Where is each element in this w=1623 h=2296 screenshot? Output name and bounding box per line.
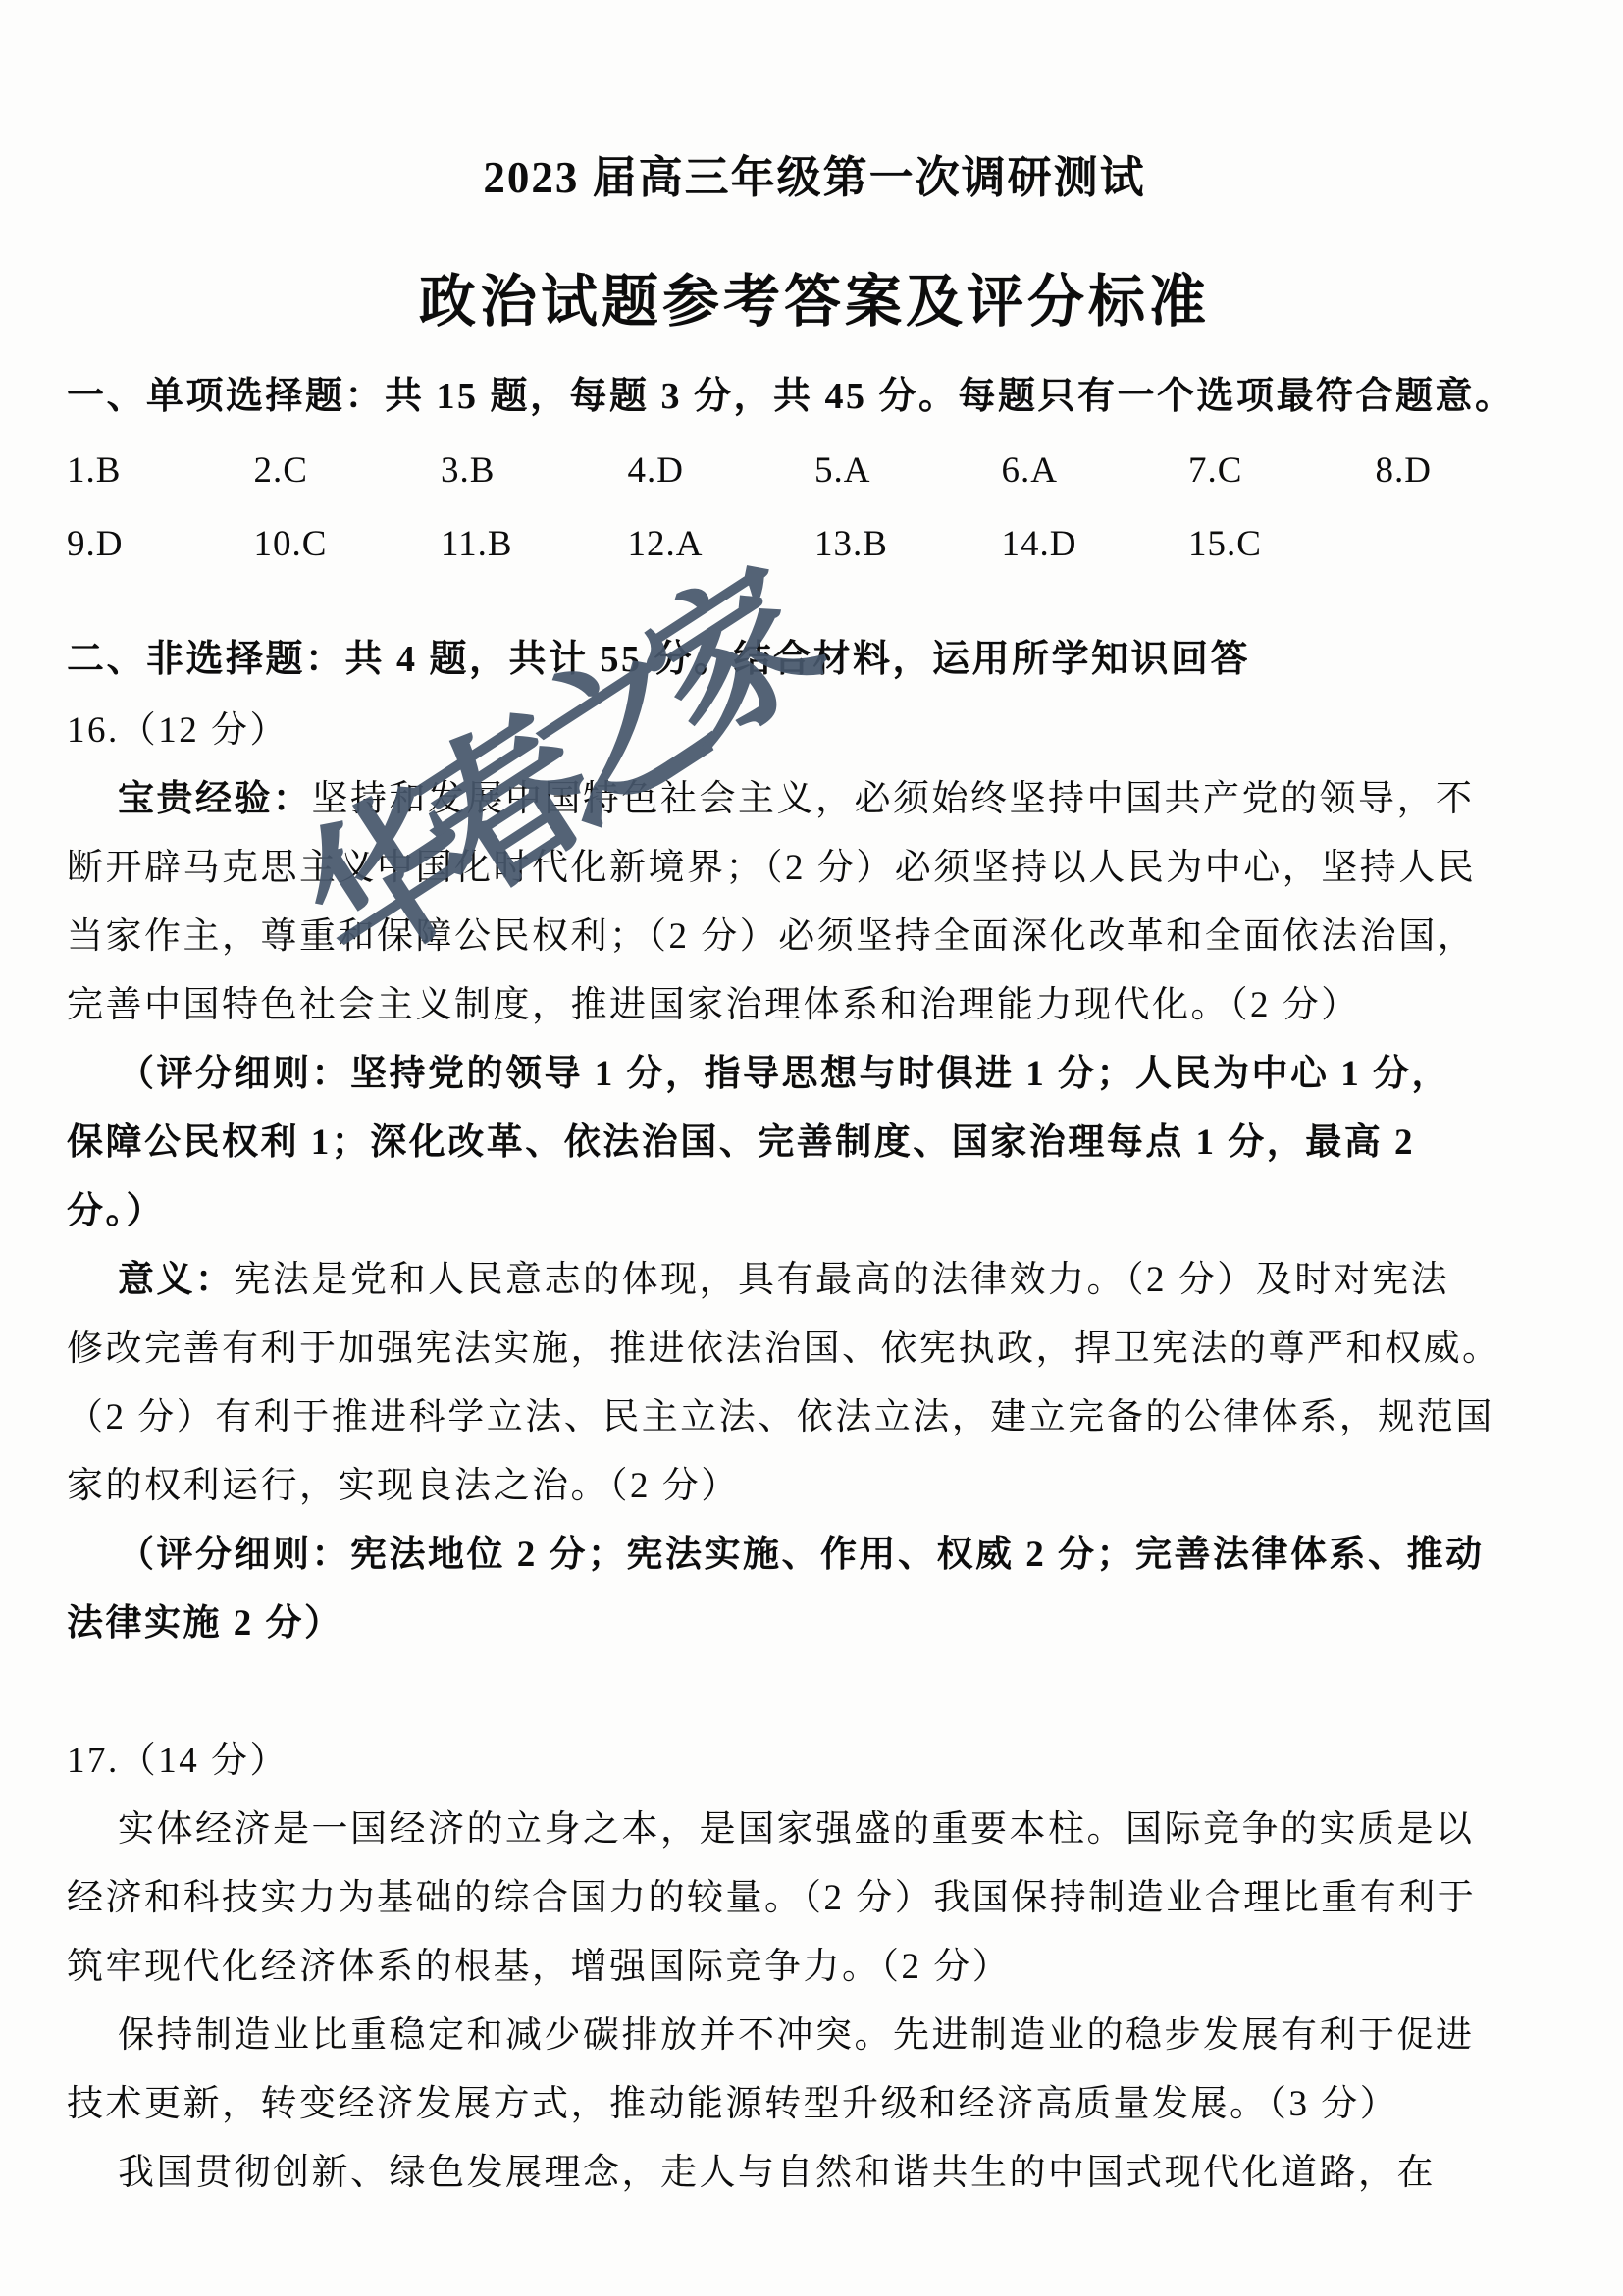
q17-para2-line: 保持制造业比重稳定和减少碳排放并不冲突。先进制造业的稳步发展有利于促进 <box>67 2002 1562 2070</box>
q16-experience-line: 宝贵经验：坚持和发展中国特色社会主义，必须始终坚持中国共产党的领导，不 <box>67 765 1562 834</box>
q16-meaning-lead: 意义： <box>118 1260 235 1300</box>
section1-heading: 一、单项选择题：共 15 题，每题 3 分，共 45 分。每题只有一个选项最符合… <box>67 370 1562 424</box>
answer-item: 13.B <box>814 520 1002 569</box>
answer-item: 12.A <box>628 520 815 569</box>
answer-item: 9.D <box>67 520 254 569</box>
answer-item: 2.C <box>254 446 442 496</box>
document-page: 华春之家 2023 届高三年级第一次调研测试 政治试题参考答案及评分标准 一、单… <box>0 0 1623 2296</box>
q17-para3-line: 我国贯彻创新、绿色发展理念，走人与自然和谐共生的中国式现代化道路，在 <box>67 2139 1562 2208</box>
answer-item: 1.B <box>67 446 254 496</box>
q16-experience-line: 断开辟马克思主义中国化时代化新境界；（2 分）必须坚持以人民为中心，坚持人民 <box>67 834 1562 903</box>
answer-item-empty <box>1376 520 1563 569</box>
answer-item: 5.A <box>814 446 1002 496</box>
q16-experience-line: 当家作主，尊重和保障公民权利；（2 分）必须坚持全面深化改革和全面依法治国， <box>67 903 1562 971</box>
q16-rubric2-line: 法律实施 2 分） <box>67 1590 1562 1658</box>
q17-para1-line: 经济和科技实力为基础的综合国力的较量。（2 分）我国保持制造业合理比重有利于 <box>67 1864 1562 1933</box>
q16-meaning-line: （2 分）有利于推进科学立法、民主立法、依法立法，建立完备的公律体系，规范国 <box>67 1383 1562 1452</box>
q16-rubric1-line: （评分细则：坚持党的领导 1 分，指导思想与时俱进 1 分；人民为中心 1 分， <box>67 1040 1562 1109</box>
q16-meaning-text: 宪法是党和人民意志的体现，具有最高的法律效力。（2 分）及时对宪法 <box>235 1260 1450 1300</box>
q16-experience-line: 完善中国特色社会主义制度，推进国家治理体系和治理能力现代化。（2 分） <box>67 971 1562 1040</box>
q16-experience-text: 坚持和发展中国特色社会主义，必须始终坚持中国共产党的领导，不 <box>312 779 1475 819</box>
answer-item: 7.C <box>1188 446 1376 496</box>
doc-title-line2: 政治试题参考答案及评分标准 <box>67 265 1562 339</box>
answer-item: 15.C <box>1188 520 1376 569</box>
answer-item: 3.B <box>441 446 628 496</box>
q17-para1-line: 筑牢现代化经济体系的根基，增强国际竞争力。（2 分） <box>67 1933 1562 2002</box>
q16-meaning-line: 修改完善有利于加强宪法实施，推进依法治国、依宪执政，捍卫宪法的尊严和权威。 <box>67 1315 1562 1383</box>
question17-block: 17.（14 分） 实体经济是一国经济的立身之本，是国家强盛的重要本柱。国际竞争… <box>67 1727 1562 2208</box>
doc-title-line1: 2023 届高三年级第一次调研测试 <box>67 149 1562 206</box>
q16-rubric2-line: （评分细则：宪法地位 2 分；宪法实施、作用、权威 2 分；完善法律体系、推动 <box>67 1521 1562 1590</box>
q17-para2-line: 技术更新，转变经济发展方式，推动能源转型升级和经济高质量发展。（3 分） <box>67 2070 1562 2139</box>
answer-item: 6.A <box>1002 446 1189 496</box>
question16-block: 16.（12 分） 宝贵经验：坚持和发展中国特色社会主义，必须始终坚持中国共产党… <box>67 697 1562 1658</box>
q16-rubric1-line: 保障公民权利 1；深化改革、依法治国、完善制度、国家治理每点 1 分，最高 2 <box>67 1109 1562 1177</box>
answer-item: 14.D <box>1002 520 1189 569</box>
question16-number: 16.（12 分） <box>67 697 1562 765</box>
question17-number: 17.（14 分） <box>67 1727 1562 1796</box>
q17-para1-line: 实体经济是一国经济的立身之本，是国家强盛的重要本柱。国际竞争的实质是以 <box>67 1796 1562 1864</box>
q16-meaning-line: 家的权利运行，实现良法之治。（2 分） <box>67 1452 1562 1521</box>
q16-experience-lead: 宝贵经验： <box>118 779 312 819</box>
answer-key-grid: 1.B 2.C 3.B 4.D 5.A 6.A 7.C 8.D 9.D 10.C… <box>67 446 1562 569</box>
spacer <box>67 1658 1562 1727</box>
answer-item: 11.B <box>441 520 628 569</box>
q16-meaning-line: 意义：宪法是党和人民意志的体现，具有最高的法律效力。（2 分）及时对宪法 <box>67 1246 1562 1315</box>
section2-heading: 二、非选择题：共 4 题，共计 55 分。结合材料，运用所学知识回答 <box>67 633 1562 687</box>
document-content: 2023 届高三年级第一次调研测试 政治试题参考答案及评分标准 一、单项选择题：… <box>67 0 1562 2208</box>
answer-item: 8.D <box>1376 446 1563 496</box>
answer-item: 4.D <box>628 446 815 496</box>
answer-item: 10.C <box>254 520 442 569</box>
q16-rubric1-line: 分。） <box>67 1177 1562 1246</box>
